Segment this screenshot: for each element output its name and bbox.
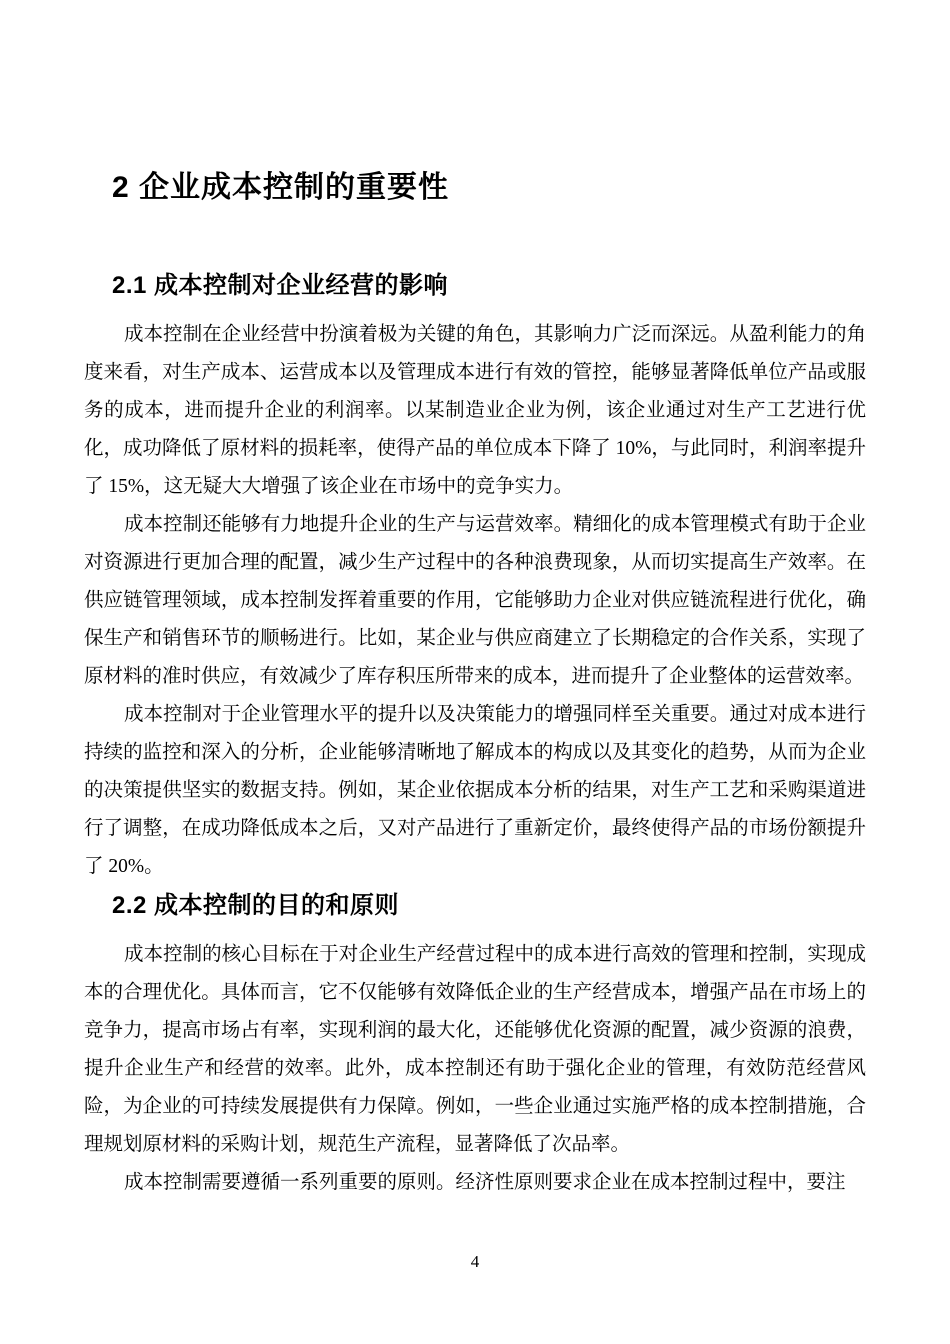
chapter-heading: 2 企业成本控制的重要性 [112, 168, 866, 208]
paragraph-cost-control-goals: 成本控制的核心目标在于对企业生产经营过程中的成本进行高效的管理和控制，实现成本的… [84, 936, 866, 1164]
paragraph-cost-control-principles: 成本控制需要遵循一系列重要的原则。经济性原则要求企业在成本控制过程中，要注 [84, 1164, 866, 1202]
page-number: 4 [0, 1252, 950, 1272]
section-heading-2-2: 2.2 成本控制的目的和原则 [112, 890, 866, 922]
section-heading-2-1: 2.1 成本控制对企业经营的影响 [112, 270, 866, 302]
document-page: 2 企业成本控制的重要性 2.1 成本控制对企业经营的影响 成本控制在企业经营中… [0, 0, 950, 1344]
paragraph-profitability-impact: 成本控制在企业经营中扮演着极为关键的角色，其影响力广泛而深远。从盈利能力的角度来… [84, 316, 866, 506]
paragraph-efficiency-impact: 成本控制还能够有力地提升企业的生产与运营效率。精细化的成本管理模式有助于企业对资… [84, 506, 866, 696]
paragraph-management-decision-impact: 成本控制对于企业管理水平的提升以及决策能力的增强同样至关重要。通过对成本进行持续… [84, 696, 866, 886]
document-content: 2 企业成本控制的重要性 2.1 成本控制对企业经营的影响 成本控制在企业经营中… [0, 0, 950, 1202]
